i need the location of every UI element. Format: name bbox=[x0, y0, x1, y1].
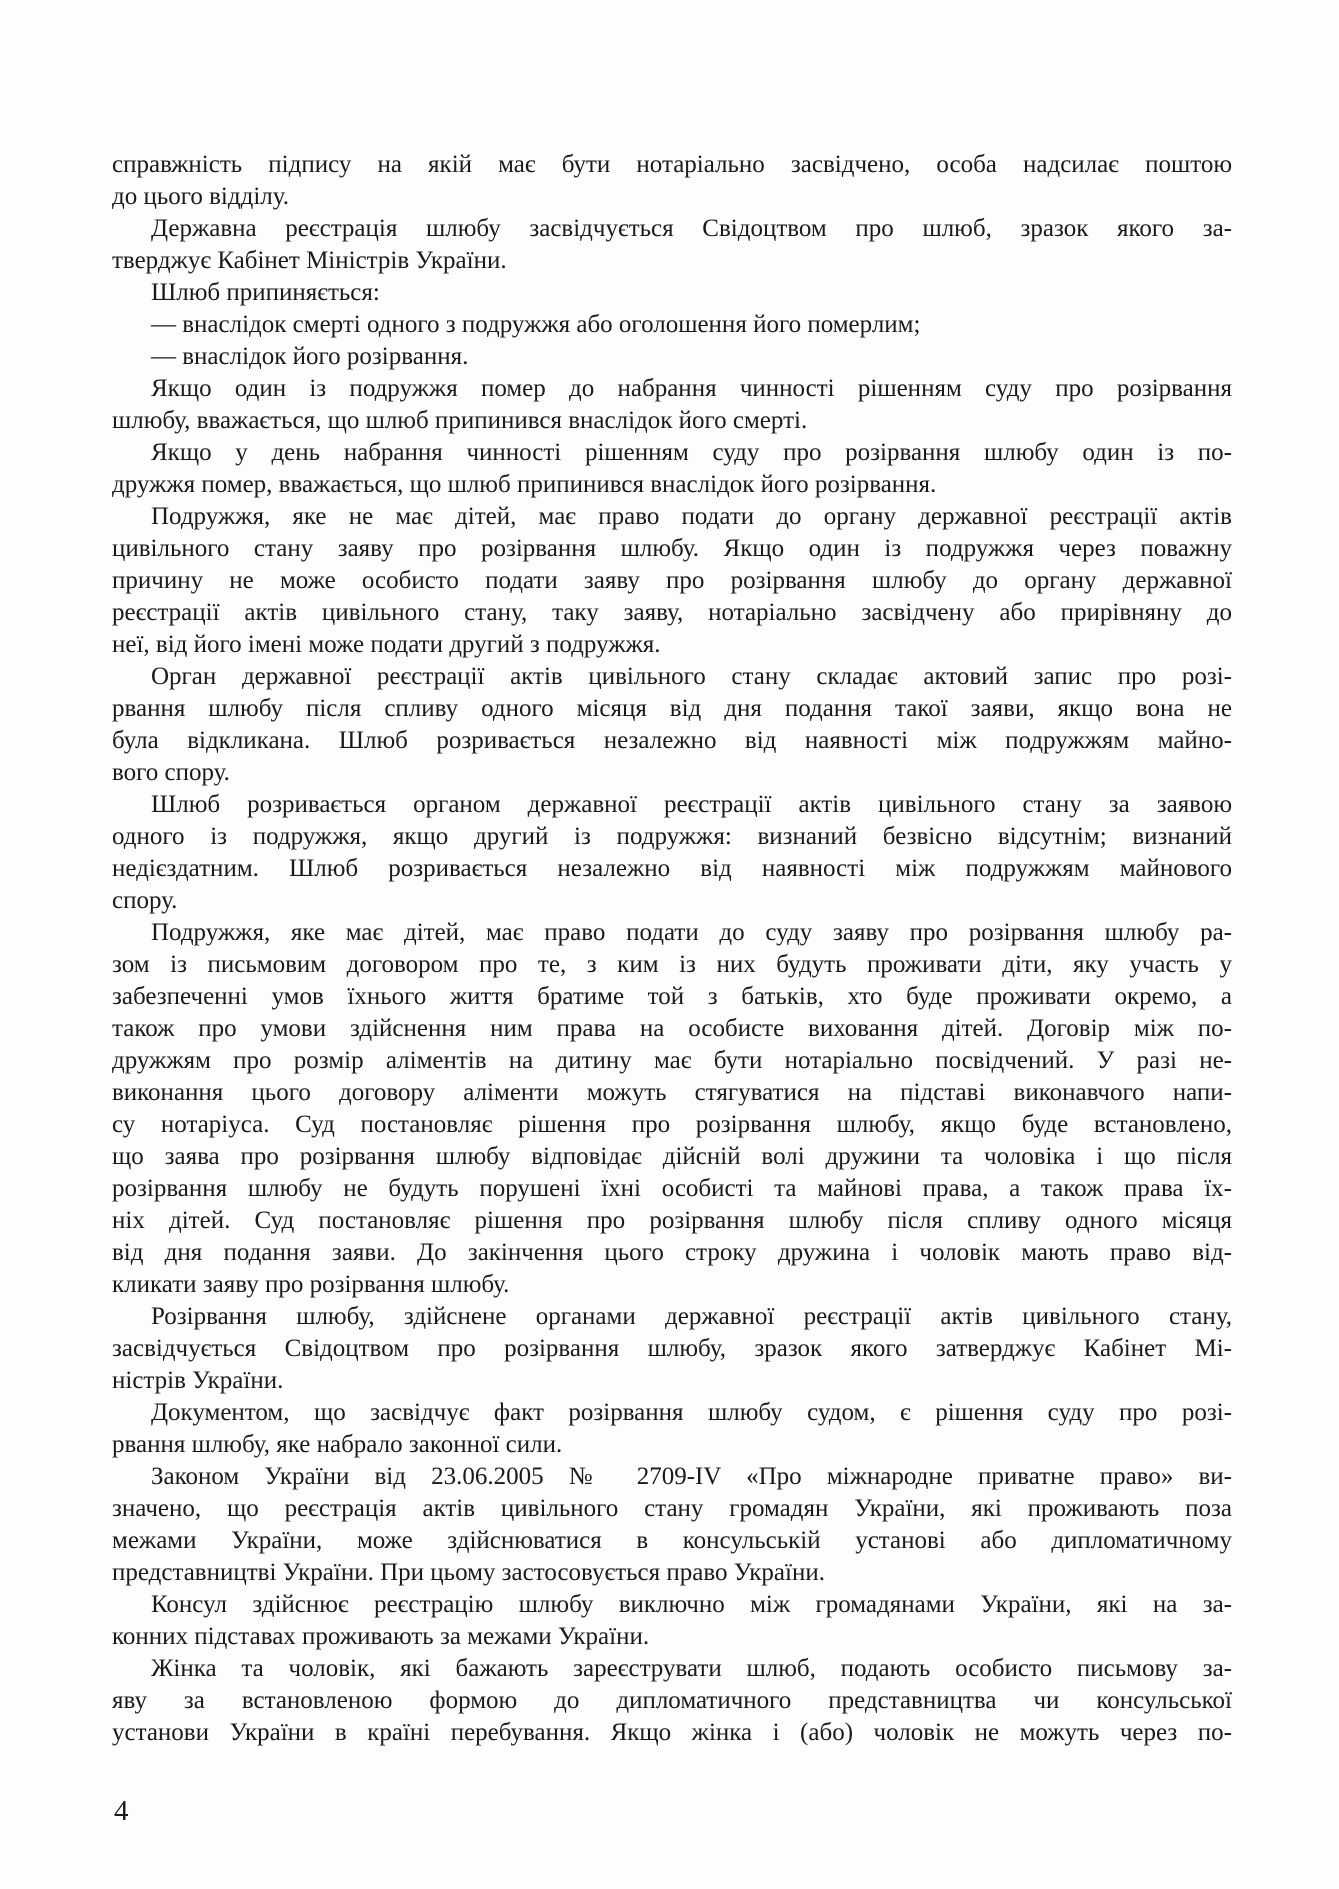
text-line: неї, від його імені може подати другий з… bbox=[112, 629, 1232, 661]
text-line: рвання шлюбу після спливу одного місяця … bbox=[112, 693, 1232, 725]
text-line: значено, що реєстрація актів цивільного … bbox=[112, 1493, 1232, 1525]
text-line: межами України, може здійснюватися в кон… bbox=[112, 1525, 1232, 1557]
text-line: Якщо у день набрання чинності рішенням с… bbox=[112, 437, 1232, 469]
text-line: цивільного стану заяву про розірвання шл… bbox=[112, 533, 1232, 565]
text-line: справжність підпису на якій має бути нот… bbox=[112, 149, 1232, 181]
text-line: ністрів України. bbox=[112, 1365, 1232, 1397]
text-line: тверджує Кабінет Міністрів України. bbox=[112, 245, 1232, 277]
text-line: розірвання шлюбу не будуть порушені їхні… bbox=[112, 1173, 1232, 1205]
text-line: — внаслідок смерті одного з подружжя або… bbox=[112, 309, 1232, 341]
text-line: Шлюб розривається органом державної реєс… bbox=[112, 789, 1232, 821]
text-line: до цього відділу. bbox=[112, 181, 1232, 213]
text-line: дружжям про розмір аліментів на дитину м… bbox=[112, 1045, 1232, 1077]
text-line: Розірвання шлюбу, здійснене органами дер… bbox=[112, 1301, 1232, 1333]
text-line: дружжя помер, вважається, що шлюб припин… bbox=[112, 469, 1232, 501]
text-line: су нотаріуса. Суд постановляє рішення пр… bbox=[112, 1109, 1232, 1141]
text-line: Документом, що засвідчує факт розірвання… bbox=[112, 1397, 1232, 1429]
text-line: від дня подання заяви. До закінчення цьо… bbox=[112, 1237, 1232, 1269]
text-line: виконання цього договору аліменти можуть… bbox=[112, 1077, 1232, 1109]
text-line: спору. bbox=[112, 885, 1232, 917]
text-line: Орган державної реєстрації актів цивільн… bbox=[112, 661, 1232, 693]
text-line: забезпеченні умов їхнього життя братиме … bbox=[112, 981, 1232, 1013]
text-line: Якщо один із подружжя помер до набрання … bbox=[112, 373, 1232, 405]
text-line: причину не може особисто подати заяву пр… bbox=[112, 565, 1232, 597]
text-line: конних підставах проживають за межами Ук… bbox=[112, 1621, 1232, 1653]
text-line: вого спору. bbox=[112, 757, 1232, 789]
page-number: 4 bbox=[114, 1794, 129, 1828]
text-line: установи України в країні перебування. Я… bbox=[112, 1717, 1232, 1749]
text-line: Жінка та чоловік, які бажають зареєструв… bbox=[112, 1653, 1232, 1685]
text-line: Шлюб припиняється: bbox=[112, 277, 1232, 309]
text-line: представництві України. При цьому застос… bbox=[112, 1557, 1232, 1589]
text-line: реєстрації актів цивільного стану, таку … bbox=[112, 597, 1232, 629]
text-line: одного із подружжя, якщо другий із подру… bbox=[112, 821, 1232, 853]
text-line: також про умови здійснення ним права на … bbox=[112, 1013, 1232, 1045]
document-page: справжність підпису на якій має бути нот… bbox=[0, 0, 1339, 1889]
text-line: Консул здійснює реєстрацію шлюбу виключн… bbox=[112, 1589, 1232, 1621]
text-line: — внаслідок його розірвання. bbox=[112, 341, 1232, 373]
text-line: що заява про розірвання шлюбу відповідає… bbox=[112, 1141, 1232, 1173]
text-line: яву за встановленою формою до дипломатич… bbox=[112, 1685, 1232, 1717]
text-line: засвідчується Свідоцтвом про розірвання … bbox=[112, 1333, 1232, 1365]
text-line: ніх дітей. Суд постановляє рішення про р… bbox=[112, 1205, 1232, 1237]
text-line: зом із письмовим договором про те, з ким… bbox=[112, 949, 1232, 981]
text-line: шлюбу, вважається, що шлюб припинився вн… bbox=[112, 405, 1232, 437]
text-line: кликати заяву про розірвання шлюбу. bbox=[112, 1269, 1232, 1301]
text-line: Подружжя, яке не має дітей, має право по… bbox=[112, 501, 1232, 533]
text-block: справжність підпису на якій має бути нот… bbox=[112, 149, 1232, 1749]
text-line: рвання шлюбу, яке набрало законної сили. bbox=[112, 1429, 1232, 1461]
text-line: Законом України від 23.06.2005 № 2709-IV… bbox=[112, 1461, 1232, 1493]
text-line: була відкликана. Шлюб розривається незал… bbox=[112, 725, 1232, 757]
text-line: Подружжя, яке має дітей, має право подат… bbox=[112, 917, 1232, 949]
text-line: Державна реєстрація шлюбу засвідчується … bbox=[112, 213, 1232, 245]
text-line: недієздатним. Шлюб розривається незалежн… bbox=[112, 853, 1232, 885]
